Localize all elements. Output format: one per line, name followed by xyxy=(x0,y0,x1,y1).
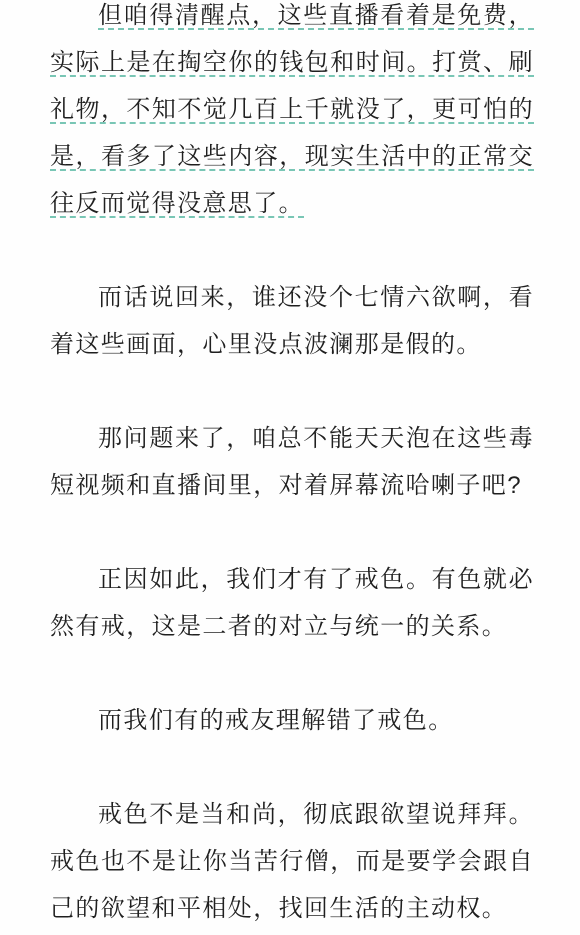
paragraph-6: 戒色不是当和尚，彻底跟欲望说拜拜。戒色也不是让你当苦行僧，而是要学会跟自己的欲望… xyxy=(50,791,534,932)
paragraph-1: 但咱得清醒点，这些直播看着是免费，实际上是在掏空你的钱包和时间。打赏、刷礼物，不… xyxy=(50,0,534,227)
paragraph-5: 而我们有的戒友理解错了戒色。 xyxy=(50,697,534,744)
paragraph-4: 正因如此，我们才有了戒色。有色就必然有戒，这是二者的对立与统一的关系。 xyxy=(50,556,534,650)
paragraph-2: 而话说回来，谁还没个七情六欲啊，看着这些画面，心里没点波澜那是假的。 xyxy=(50,274,534,368)
paragraph-3: 那问题来了，咱总不能天天泡在这些毒短视频和直播间里，对着屏幕流哈喇子吧? xyxy=(50,415,534,509)
article-page: 但咱得清醒点，这些直播看着是免费，实际上是在掏空你的钱包和时间。打赏、刷礼物，不… xyxy=(0,0,580,935)
article-body: 但咱得清醒点，这些直播看着是免费，实际上是在掏空你的钱包和时间。打赏、刷礼物，不… xyxy=(0,0,580,932)
